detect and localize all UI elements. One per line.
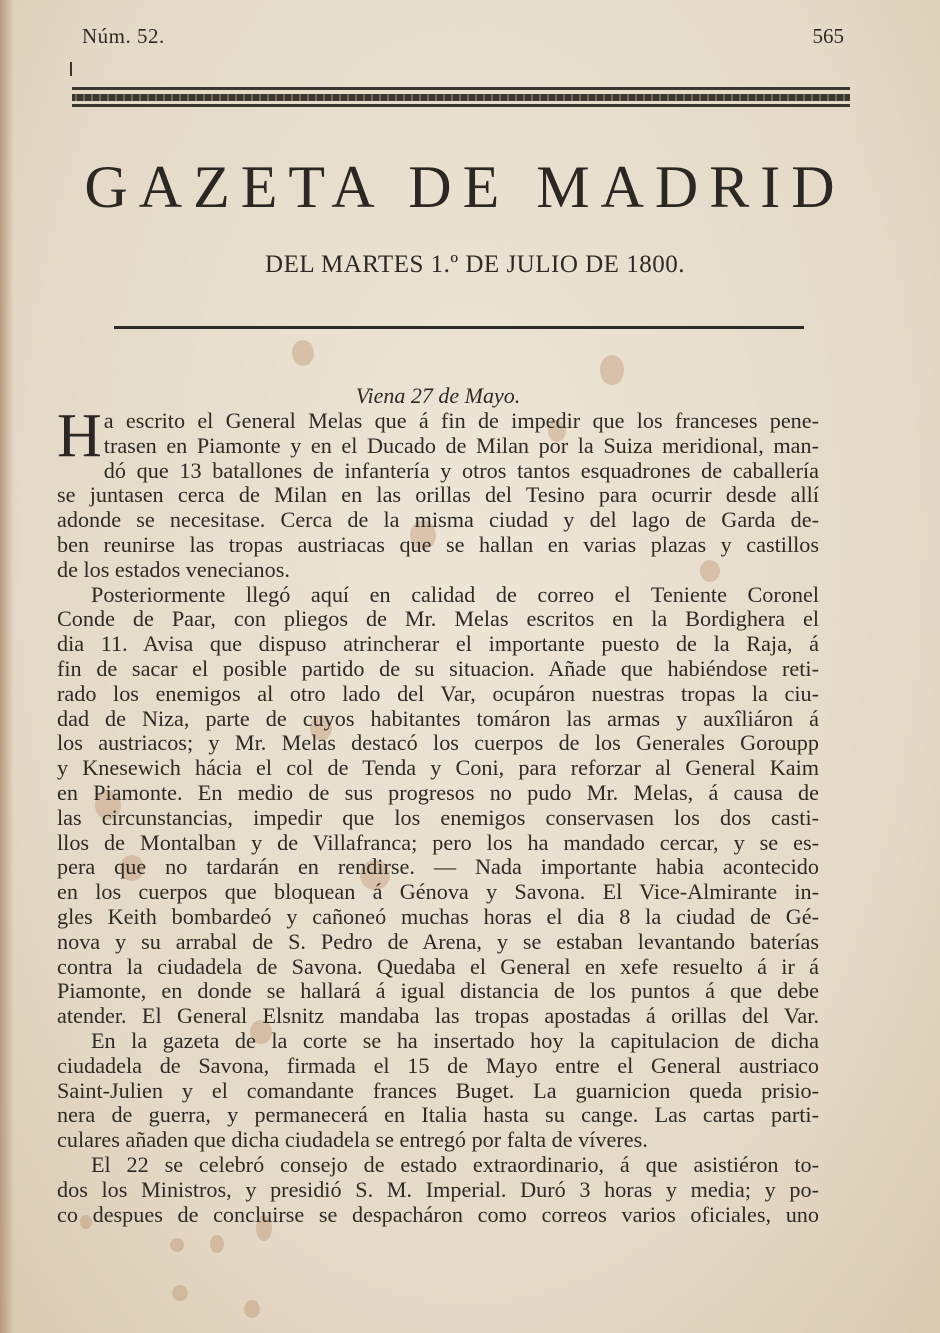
text-line: dó que 13 batallones de infantería y otr… [57,459,819,484]
paragraph-1: H a escrito el General Melas que á fin d… [57,409,819,583]
stain [244,1300,260,1318]
stain [170,1238,184,1252]
issue-number: Núm. 52. [82,24,165,49]
drop-cap: H [57,413,102,459]
text-line: dos los Ministros, y presidió S. M. Impe… [57,1178,819,1203]
stain [172,1285,188,1301]
text-line: adonde se necesitase. Cerca de la misma … [57,508,819,533]
text-line: en Piamonte. En medio de sus progresos n… [57,781,819,806]
text-line: El 22 se celebró consejo de estado extra… [57,1153,819,1178]
stain [210,1235,224,1253]
page-edge-shadow [0,0,14,1333]
text-line: a escrito el General Melas que á fin de … [57,409,819,434]
stain [600,355,624,385]
text-line: atender. El General Elsnitz mandaba las … [57,1004,819,1029]
divider-rule [114,326,804,329]
text-line: de los estados venecianos. [57,558,819,583]
text-line: gles Keith bombardeó y cañoneó muchas ho… [57,905,819,930]
text-line: ciudadela de Savona, firmada el 15 de Ma… [57,1054,819,1079]
text-line: Posteriormente llegó aquí en calidad de … [57,583,819,608]
text-line: Saint-Julien y el comandante frances Bug… [57,1079,819,1104]
text-line: Piamonte, en donde se hallará á igual di… [57,979,819,1004]
issue-dateline: DEL MARTES 1.º DE JULIO DE 1800. [60,250,890,280]
text-line: co despues de concluirse se despacháron … [57,1203,819,1228]
page-header: Núm. 52. 565 [82,24,844,54]
text-line: rado los enemigos al otro lado del Var, … [57,682,819,707]
page-number: 565 [813,24,845,49]
text-line: los austriacos; y Mr. Melas destacó los … [57,731,819,756]
text-line: en los cuerpos que bloquean á Génova y S… [57,880,819,905]
text-line: llos de Montalban y de Villafranca; pero… [57,831,819,856]
text-line: fin de sacar el posible partido de su si… [57,657,819,682]
stain [292,340,314,366]
text-line: pera que no tardarán en rendirse. — Nada… [57,855,819,880]
text-line: dia 11. Avisa que dispuso atrincherar el… [57,632,819,657]
text-line: dad de Niza, parte de cuyos habitantes t… [57,707,819,732]
paragraph-2: Posteriormente llegó aquí en calidad de … [57,583,819,1029]
text-line: y Knesewich hácia el col de Tenda y Coni… [57,756,819,781]
text-line: trasen en Piamonte y en el Ducado de Mil… [57,434,819,459]
newspaper-page: Núm. 52. 565 GAZETA DE MADRID DEL MARTES… [0,0,940,1333]
ornamental-rule [72,87,850,111]
article-body: Viena 27 de Mayo. H a escrito el General… [57,384,819,1227]
masthead-title: GAZETA DE MADRID [70,152,860,222]
article-place-date: Viena 27 de Mayo. [57,384,819,408]
text-line: Conde de Paar, con pliegos de Mr. Melas … [57,607,819,632]
text-line: nera de guerra, y permanecerá en Italia … [57,1103,819,1128]
text-line: se juntasen cerca de Milan en las orilla… [57,483,819,508]
text-line: las circunstancias, impedir que los enem… [57,806,819,831]
text-line: nova y su arrabal de S. Pedro de Arena, … [57,930,819,955]
text-line: ben reunirse las tropas austriacas que s… [57,533,819,558]
margin-mark [70,62,72,76]
text-line: culares añaden que dicha ciudadela se en… [57,1128,819,1153]
paragraph-4: El 22 se celebró consejo de estado extra… [57,1153,819,1227]
text-line: contra la ciudadela de Savona. Quedaba e… [57,955,819,980]
paragraph-3: En la gazeta de la corte se ha insertado… [57,1029,819,1153]
text-line: En la gazeta de la corte se ha insertado… [57,1029,819,1054]
